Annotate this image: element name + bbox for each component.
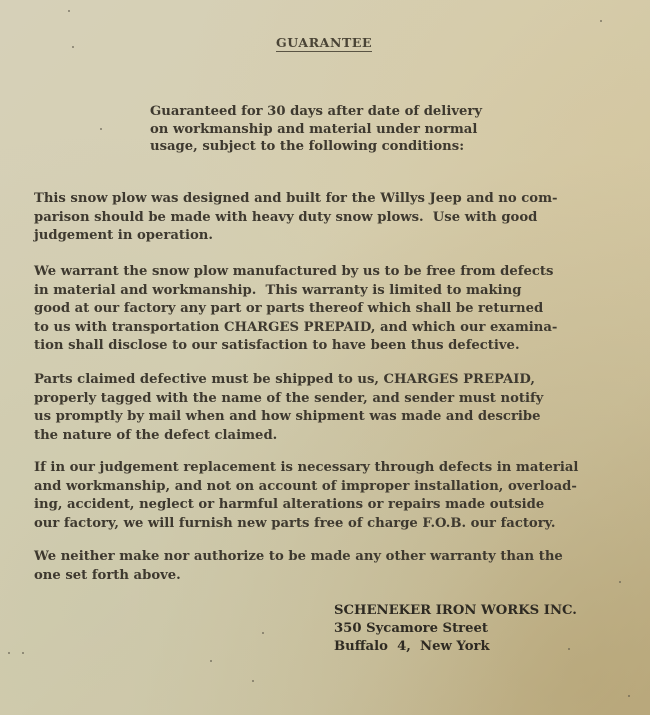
paper-speck <box>600 20 602 22</box>
paper-speck <box>100 128 102 130</box>
paragraph-line: properly tagged with the name of the sen… <box>34 390 543 409</box>
paragraph-line: If in our judgement replacement is neces… <box>34 459 578 478</box>
paragraph-line: parison should be made with heavy duty s… <box>34 209 558 228</box>
paragraph-warranty-terms: We warrant the snow plow manufactured by… <box>34 263 557 356</box>
paper-speck <box>568 648 570 650</box>
paragraph-line: in material and workmanship. This warran… <box>34 282 557 301</box>
paragraph-line: We neither make nor authorize to be made… <box>34 548 563 567</box>
paragraph-line: and workmanship, and not on account of i… <box>34 478 578 497</box>
paragraph-line: the nature of the defect claimed. <box>34 427 543 446</box>
intro-line: Guaranteed for 30 days after date of del… <box>150 103 530 121</box>
guarantee-document: GUARANTEE Guaranteed for 30 days after d… <box>0 0 650 715</box>
paragraph-design-notice: This snow plow was designed and built fo… <box>34 190 558 246</box>
paper-speck <box>262 632 264 634</box>
paper-speck <box>22 652 24 654</box>
company-name: SCHENEKER IRON WORKS INC. <box>334 602 577 620</box>
paragraph-replacement-conditions: If in our judgement replacement is neces… <box>34 459 578 533</box>
paragraph-line: our factory, we will furnish new parts f… <box>34 515 578 534</box>
paper-speck <box>252 680 254 682</box>
company-city: Buffalo 4, New York <box>334 638 577 656</box>
intro-line: on workmanship and material under normal <box>150 121 530 139</box>
paragraph-line: judgement in operation. <box>34 227 558 246</box>
paragraph-disclaimer: We neither make nor authorize to be made… <box>34 548 563 585</box>
intro-line: usage, subject to the following conditio… <box>150 138 530 156</box>
paper-speck <box>619 581 621 583</box>
paragraph-line: one set forth above. <box>34 567 563 586</box>
company-signature-block: SCHENEKER IRON WORKS INC.350 Sycamore St… <box>334 602 577 656</box>
company-street: 350 Sycamore Street <box>334 620 577 638</box>
paper-speck <box>628 695 630 697</box>
paper-speck <box>68 10 70 12</box>
paragraph-line: to us with transportation CHARGES PREPAI… <box>34 319 557 338</box>
intro-paragraph: Guaranteed for 30 days after date of del… <box>150 103 530 156</box>
paragraph-line: This snow plow was designed and built fo… <box>34 190 558 209</box>
paragraph-line: tion shall disclose to our satisfaction … <box>34 337 557 356</box>
paragraph-line: good at our factory any part or parts th… <box>34 300 557 319</box>
paragraph-shipping-claims: Parts claimed defective must be shipped … <box>34 371 543 445</box>
document-title: GUARANTEE <box>276 36 372 52</box>
paragraph-line: ing, accident, neglect or harmful altera… <box>34 496 578 515</box>
paper-speck <box>8 652 10 654</box>
paper-speck <box>210 660 212 662</box>
paper-speck <box>72 46 74 48</box>
paragraph-line: Parts claimed defective must be shipped … <box>34 371 543 390</box>
paragraph-line: We warrant the snow plow manufactured by… <box>34 263 557 282</box>
paragraph-line: us promptly by mail when and how shipmen… <box>34 408 543 427</box>
